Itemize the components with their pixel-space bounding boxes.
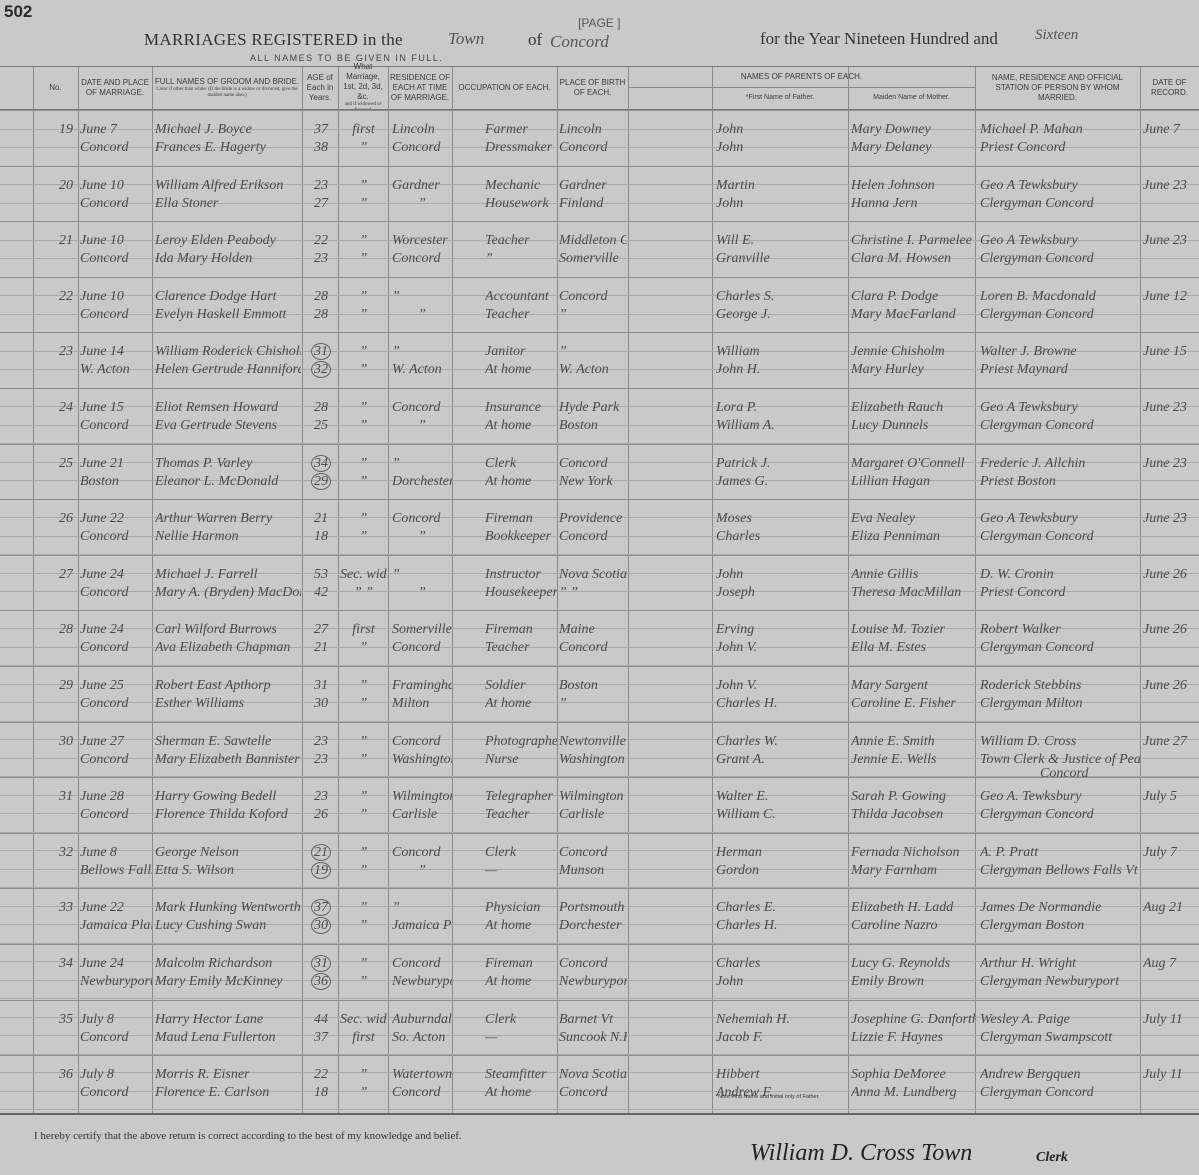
title-year-prefix: for the Year Nineteen Hundred and [760, 29, 998, 49]
entry-recorded: June 15 [1143, 342, 1199, 361]
entry-date: June 27 [80, 732, 152, 751]
entry-no: 24 [33, 398, 73, 417]
entry-father-bride: John H. [716, 360, 846, 379]
header-birthplace: PLACE OF BIRTH OF EACH. [557, 67, 628, 109]
entry-mother-groom: Josephine G. Danforth [851, 1010, 975, 1029]
entry-birth-groom: Maine [559, 620, 627, 639]
title-municipality-type: Town [448, 29, 484, 49]
entry-mother-groom: Fernada Nicholson [851, 843, 975, 862]
entry-occ-bride: At home [485, 360, 557, 379]
entry-date: June 22 [80, 509, 152, 528]
page-number: 502 [4, 2, 32, 22]
entry-birth-bride: Carlisle [559, 805, 627, 824]
entry-occ-groom: Soldier [485, 676, 557, 695]
entry-father-bride: George J. [716, 305, 846, 324]
entry-occ-groom: Clerk [485, 843, 557, 862]
entry-res-bride: ” [392, 305, 452, 324]
entry-birth-groom: Concord [559, 843, 627, 862]
entry-officiant-2: Clergyman Milton [980, 694, 1140, 713]
entry-res-bride: Milton [392, 694, 452, 713]
entry-res-groom: ” [392, 287, 452, 306]
entry-officiant-2: Clergyman Concord [980, 416, 1140, 435]
entry-bride: Ava Elizabeth Chapman [155, 638, 301, 657]
entry-date: June 10 [80, 176, 152, 195]
entry-place: Bellows Falls Vt [80, 861, 152, 880]
entry-groom: Mark Hunking Wentworth [155, 898, 301, 917]
entry-marriage-groom: ” [340, 398, 387, 417]
entry-father-bride: Granville [716, 249, 846, 268]
entry-father-bride: John V. [716, 638, 846, 657]
entry-res-bride: Washington D.C. [392, 750, 452, 769]
entry-mother-groom: Clara P. Dodge [851, 287, 975, 306]
entry-bride: Eleanor L. McDonald [155, 472, 301, 491]
header-residence: RESIDENCE OF EACH AT TIME OF MARRIAGE. [388, 67, 452, 109]
entry-birth-groom: Barnet Vt [559, 1010, 627, 1029]
entry-groom: Robert East Apthorp [155, 676, 301, 695]
entry-res-groom: Framingham [392, 676, 452, 695]
entry-no: 36 [33, 1065, 73, 1084]
entry-groom: Harry Gowing Bedell [155, 787, 301, 806]
column-divider [628, 67, 629, 1113]
entry-res-groom: Auburndale [392, 1010, 452, 1029]
entry-marriage-groom: Sec. wid. [340, 1010, 387, 1029]
entry-father-bride: Charles [716, 527, 846, 546]
entry-bride: Etta S. Wilson [155, 861, 301, 880]
entry-res-groom: Gardner [392, 176, 452, 195]
circled-age: 36 [311, 973, 331, 990]
entry-groom: Eliot Remsen Howard [155, 398, 301, 417]
entry-marriage-bride: ” [340, 249, 387, 268]
entry-date: June 22 [80, 898, 152, 917]
entry-birth-groom: Lincoln [559, 120, 627, 139]
entry-res-bride: So. Acton [392, 1028, 452, 1047]
entry-marriage-groom: ” [340, 287, 387, 306]
entry-father-groom: John [716, 120, 846, 139]
entry-marriage-bride: ” [340, 916, 387, 935]
entry-groom: Sherman E. Sawtelle [155, 732, 301, 751]
entry-date: June 10 [80, 287, 152, 306]
entry-bride: Evelyn Haskell Emmott [155, 305, 301, 324]
entry-recorded: July 11 [1143, 1065, 1199, 1084]
entry-occ-groom: Clerk [485, 454, 557, 473]
entry-age-bride: 42 [305, 583, 337, 602]
entry-father-groom: Moses [716, 509, 846, 528]
entry-officiant-2: Clergyman Concord [980, 527, 1140, 546]
entry-res-groom: Wilmington [392, 787, 452, 806]
entry-mother-bride: Anna M. Lundberg [851, 1083, 975, 1102]
entry-officiant-1: A. P. Pratt [980, 843, 1140, 862]
entry-age-bride: 21 [305, 638, 337, 657]
entry-birth-groom: Gardner [559, 176, 627, 195]
entry-res-bride: Concord [392, 249, 452, 268]
entry-mother-groom: Elizabeth Rauch [851, 398, 975, 417]
entry-mother-groom: Sarah P. Gowing [851, 787, 975, 806]
entry-officiant-2: Priest Maynard [980, 360, 1140, 379]
entry-groom: Morris R. Eisner [155, 1065, 301, 1084]
entry-officiant-1: Arthur H. Wright [980, 954, 1140, 973]
entry-occ-bride: At home [485, 916, 557, 935]
entry-officiant-2: Clergyman Concord [980, 194, 1140, 213]
entry-age-bride: 36 [305, 972, 337, 991]
entry-birth-bride: ” [559, 305, 627, 324]
entry-age-bride: 19 [305, 861, 337, 880]
entry-father-groom: Charles E. [716, 898, 846, 917]
entry-bride: Ella Stoner [155, 194, 301, 213]
entry-age-groom: 21 [305, 843, 337, 862]
circled-age: 30 [311, 917, 331, 934]
entry-date: June 21 [80, 454, 152, 473]
entry-age-groom: 31 [305, 954, 337, 973]
entry-mother-bride: Lillian Hagan [851, 472, 975, 491]
entry-occ-groom: Accountant [485, 287, 557, 306]
entry-mother-groom: Margaret O'Connell [851, 454, 975, 473]
entry-occ-groom: Janitor [485, 342, 557, 361]
entry-groom: Carl Wilford Burrows [155, 620, 301, 639]
column-divider [712, 67, 713, 1113]
entry-res-bride: Jamaica Plain [392, 916, 452, 935]
circled-age: 31 [311, 343, 331, 360]
entry-divider [0, 944, 1199, 945]
entry-marriage-groom: Sec. wid. [340, 565, 387, 584]
entry-officiant-1: Geo A Tewksbury [980, 176, 1140, 195]
entry-place: Concord [80, 805, 152, 824]
entry-officiant-2: Clergyman Concord [980, 249, 1140, 268]
entry-marriage-bride: ” [340, 861, 387, 880]
entry-mother-bride: Jennie E. Wells [851, 750, 975, 769]
column-divider [557, 67, 558, 1113]
entry-recorded: June 7 [1143, 120, 1199, 139]
entry-place: Concord [80, 416, 152, 435]
header-occupation: OCCUPATION OF EACH. [452, 67, 557, 109]
entry-occ-groom: Insurance [485, 398, 557, 417]
entry-officiant-3: Concord [1040, 764, 1130, 783]
header-age: AGE of Each in Years. [302, 67, 338, 109]
entry-bride: Mary A. (Bryden) MacDonald [155, 583, 301, 602]
entry-bride: Helen Gertrude Hanniford [155, 360, 301, 379]
header-father: *First Name of Father. [712, 87, 848, 109]
entry-no: 31 [33, 787, 73, 806]
entry-marriage-groom: ” [340, 843, 387, 862]
header-what-marriage-label: What Marriage, 1st, 2d, 3d, &c. [340, 62, 386, 102]
entry-mother-groom: Mary Sargent [851, 676, 975, 695]
entry-occ-groom: Teacher [485, 231, 557, 250]
entry-groom: Thomas P. Varley [155, 454, 301, 473]
entry-res-bride: Concord [392, 638, 452, 657]
header-date-place: DATE AND PLACE OF MARRIAGE. [78, 67, 152, 109]
entry-officiant-2: Clergyman Boston [980, 916, 1140, 935]
entry-age-bride: 28 [305, 305, 337, 324]
entry-father-bride: James G. [716, 472, 846, 491]
entry-father-bride: Charles H. [716, 694, 846, 713]
entry-place: Jamaica Plain [80, 916, 152, 935]
register-table: No. DATE AND PLACE OF MARRIAGE. FULL NAM… [0, 66, 1199, 1115]
entry-groom: William Alfred Erikson [155, 176, 301, 195]
entry-marriage-groom: ” [340, 509, 387, 528]
entry-birth-groom: Newtonville [559, 732, 627, 751]
entry-marriage-bride: ” [340, 360, 387, 379]
entry-officiant-1: Andrew Bergquen [980, 1065, 1140, 1084]
entry-birth-bride: Newburyport [559, 972, 627, 991]
entry-marriage-groom: ” [340, 231, 387, 250]
entry-groom: Harry Hector Lane [155, 1010, 301, 1029]
entry-date: June 25 [80, 676, 152, 695]
entry-place: Concord [80, 138, 152, 157]
column-divider [78, 67, 79, 1113]
entry-age-groom: 34 [305, 454, 337, 473]
entry-birth-groom: Concord [559, 287, 627, 306]
circled-age: 29 [311, 473, 331, 490]
entry-father-bride: Gordon [716, 861, 846, 880]
entry-groom: Michael J. Boyce [155, 120, 301, 139]
entry-divider [0, 388, 1199, 389]
title-of: of [528, 30, 542, 50]
entry-no: 23 [33, 342, 73, 361]
header-names-note: Color if other than white. (If the bride… [154, 87, 300, 99]
entry-father-bride: Grant A. [716, 750, 846, 769]
entry-marriage-groom: first [340, 620, 387, 639]
entry-father-groom: Walter E. [716, 787, 846, 806]
entry-date: June 8 [80, 843, 152, 862]
entry-mother-bride: Ella M. Estes [851, 638, 975, 657]
entry-officiant-1: Geo A. Tewksbury [980, 787, 1140, 806]
entry-birth-bride: New York [559, 472, 627, 491]
entry-recorded: July 5 [1143, 787, 1199, 806]
entry-age-bride: 38 [305, 138, 337, 157]
entry-father-bride: William A. [716, 416, 846, 435]
entry-officiant-2: Clergyman Newburyport [980, 972, 1140, 991]
entry-place: Concord [80, 249, 152, 268]
circled-age: 31 [311, 955, 331, 972]
entry-marriage-groom: ” [340, 732, 387, 751]
entry-occ-bride: — [485, 1028, 557, 1047]
entry-divider [0, 444, 1199, 445]
entry-groom: Leroy Elden Peabody [155, 231, 301, 250]
entry-res-bride: Carlisle [392, 805, 452, 824]
entry-bride: Florence Thilda Koford [155, 805, 301, 824]
entry-res-groom: ” [392, 565, 452, 584]
entry-officiant-1: Geo A Tewksbury [980, 509, 1140, 528]
entry-res-groom: Concord [392, 954, 452, 973]
entry-occ-bride: Teacher [485, 805, 557, 824]
entry-mother-groom: Christine I. Parmelee [851, 231, 975, 250]
entry-recorded: June 26 [1143, 676, 1199, 695]
entry-birth-groom: Wilmington [559, 787, 627, 806]
column-divider [302, 67, 303, 1113]
entry-marriage-groom: ” [340, 342, 387, 361]
entry-res-bride: Dorchester [392, 472, 452, 491]
entry-officiant-1: Wesley A. Paige [980, 1010, 1140, 1029]
entry-officiant-2: Clergyman Swampscott [980, 1028, 1140, 1047]
entry-age-groom: 53 [305, 565, 337, 584]
entry-age-groom: 27 [305, 620, 337, 639]
entry-occ-groom: Photographer [485, 732, 557, 751]
entry-officiant-1: Geo A Tewksbury [980, 398, 1140, 417]
entry-father-groom: Nehemiah H. [716, 1010, 846, 1029]
entry-occ-groom: Telegrapher [485, 787, 557, 806]
entry-age-groom: 23 [305, 787, 337, 806]
header-no: No. [33, 67, 78, 109]
circled-age: 34 [311, 455, 331, 472]
entry-mother-groom: Eva Nealey [851, 509, 975, 528]
entry-bride: Maud Lena Fullerton [155, 1028, 301, 1047]
entry-father-groom: Charles S. [716, 287, 846, 306]
entry-occ-groom: Mechanic [485, 176, 557, 195]
entry-birth-bride: ” [559, 694, 627, 713]
entry-officiant-2: Clergyman Concord [980, 805, 1140, 824]
entry-marriage-bride: first [340, 1028, 387, 1047]
entry-res-bride: Concord [392, 1083, 452, 1102]
entry-res-groom: Concord [392, 843, 452, 862]
circled-age: 21 [311, 844, 331, 861]
entry-officiant-2: Clergyman Concord [980, 305, 1140, 324]
entry-birth-bride: Concord [559, 138, 627, 157]
entry-birth-bride: W. Acton [559, 360, 627, 379]
entry-marriage-groom: ” [340, 676, 387, 695]
entry-marriage-bride: ” [340, 472, 387, 491]
entry-res-groom: Concord [392, 732, 452, 751]
entry-officiant-1: James De Normandie [980, 898, 1140, 917]
entry-birth-groom: ” [559, 342, 627, 361]
entry-mother-bride: Thilda Jacobsen [851, 805, 975, 824]
entry-father-bride: Charles H. [716, 916, 846, 935]
header-officiant: NAME, RESIDENCE AND OFFICIAL STATION OF … [975, 67, 1140, 109]
entry-divider [0, 888, 1199, 889]
entry-res-groom: ” [392, 898, 452, 917]
entry-date: June 15 [80, 398, 152, 417]
entry-occ-groom: Farmer [485, 120, 557, 139]
entry-no: 22 [33, 287, 73, 306]
entry-place: Concord [80, 694, 152, 713]
header-parents: NAMES OF PARENTS OF EACH. [628, 67, 975, 87]
entry-mother-groom: Jennie Chisholm [851, 342, 975, 361]
entry-father-groom: Hibbert [716, 1065, 846, 1084]
certification-text: I hereby certify that the above return i… [34, 1130, 462, 1142]
entry-officiant-1: Walter J. Browne [980, 342, 1140, 361]
entry-divider [0, 722, 1199, 723]
entry-occ-bride: Teacher [485, 638, 557, 657]
entry-date: June 24 [80, 954, 152, 973]
entry-officiant-1: William D. Cross [980, 732, 1140, 751]
entry-place: W. Acton [80, 360, 152, 379]
header-what-marriage-note: and if widowed or divorced. [340, 102, 386, 114]
entry-mother-groom: Annie E. Smith [851, 732, 975, 751]
entry-place: Boston [80, 472, 152, 491]
entry-father-groom: Martin [716, 176, 846, 195]
signature-role: Clerk [1036, 1150, 1068, 1166]
entry-age-bride: 26 [305, 805, 337, 824]
entry-father-groom: John V. [716, 676, 846, 695]
entry-res-bride: ” [392, 861, 452, 880]
entry-no: 25 [33, 454, 73, 473]
entry-father-bride: John [716, 194, 846, 213]
entry-father-groom: Lora P. [716, 398, 846, 417]
entry-mother-bride: Mary Delaney [851, 138, 975, 157]
entry-age-bride: 29 [305, 472, 337, 491]
entry-age-bride: 30 [305, 694, 337, 713]
entry-mother-bride: Lucy Dunnels [851, 416, 975, 435]
entry-age-bride: 18 [305, 1083, 337, 1102]
entry-mother-groom: Mary Downey [851, 120, 975, 139]
entry-officiant-2: Clergyman Concord [980, 638, 1140, 657]
entry-birth-bride: Concord [559, 638, 627, 657]
entry-officiant-1: D. W. Cronin [980, 565, 1140, 584]
circled-age: 32 [311, 361, 331, 378]
entry-res-bride: ” [392, 416, 452, 435]
entry-age-groom: 44 [305, 1010, 337, 1029]
entry-birth-bride: ” ” [559, 583, 627, 602]
entry-occ-bride: At home [485, 472, 557, 491]
entry-father-bride: Joseph [716, 583, 846, 602]
entry-birth-groom: Middleton Conn [559, 231, 627, 250]
entry-groom: Clarence Dodge Hart [155, 287, 301, 306]
entry-birth-bride: Suncook N.H. [559, 1028, 627, 1047]
entry-place: Concord [80, 750, 152, 769]
entry-occ-bride: At home [485, 694, 557, 713]
entry-father-groom: Erving [716, 620, 846, 639]
entry-recorded: July 7 [1143, 843, 1199, 862]
entry-age-groom: 28 [305, 398, 337, 417]
entry-occ-bride: Bookkeeper [485, 527, 557, 546]
entry-birth-groom: Portsmouth N.H. [559, 898, 627, 917]
title-main: MARRIAGES REGISTERED in the [144, 30, 403, 50]
entry-res-bride: Concord [392, 138, 452, 157]
entry-marriage-groom: ” [340, 176, 387, 195]
entry-marriage-bride: ” [340, 527, 387, 546]
entry-bride: Ida Mary Holden [155, 249, 301, 268]
entry-divider [0, 666, 1199, 667]
entry-father-bride: Jacob F. [716, 1028, 846, 1047]
entry-recorded: June 23 [1143, 176, 1199, 195]
entry-age-groom: 21 [305, 509, 337, 528]
entry-marriage-groom: ” [340, 898, 387, 917]
entry-occ-bride: ” [485, 249, 557, 268]
entry-father-groom: John [716, 565, 846, 584]
entry-officiant-1: Loren B. Macdonald [980, 287, 1140, 306]
entry-mother-groom: Annie Gillis [851, 565, 975, 584]
entry-birth-bride: Washington D.C. [559, 750, 627, 769]
entry-res-groom: Watertown [392, 1065, 452, 1084]
entry-occ-groom: Physician [485, 898, 557, 917]
column-divider [338, 67, 339, 1113]
entry-father-groom: Herman [716, 843, 846, 862]
entry-place: Concord [80, 1083, 152, 1102]
entry-bride: Mary Emily McKinney [155, 972, 301, 991]
entry-date: June 10 [80, 231, 152, 250]
entry-mother-groom: Louise M. Tozier [851, 620, 975, 639]
circled-age: 37 [311, 899, 331, 916]
entry-birth-bride: Munson [559, 861, 627, 880]
header-names-label: FULL NAMES OF GROOM AND BRIDE. [155, 77, 299, 87]
entry-officiant-1: Robert Walker [980, 620, 1140, 639]
entry-recorded: Aug 21 [1143, 898, 1199, 917]
entry-birth-bride: Boston [559, 416, 627, 435]
entry-mother-bride: Mary Farnham [851, 861, 975, 880]
entry-birth-groom: Providence [559, 509, 627, 528]
entry-marriage-bride: ” [340, 638, 387, 657]
entry-birth-groom: Concord [559, 454, 627, 473]
entry-divider [0, 833, 1199, 834]
entry-father-bride: William C. [716, 805, 846, 824]
entry-place: Concord [80, 583, 152, 602]
entry-recorded: June 26 [1143, 565, 1199, 584]
entry-res-bride: ” [392, 527, 452, 546]
entry-res-bride: ” [392, 583, 452, 602]
clerk-signature: William D. Cross Town [750, 1140, 972, 1167]
register-title: MARRIAGES REGISTERED in the Town of Conc… [0, 26, 1199, 56]
entry-occ-bride: Teacher [485, 305, 557, 324]
entry-officiant-2: Priest Concord [980, 583, 1140, 602]
entry-marriage-groom: ” [340, 954, 387, 973]
